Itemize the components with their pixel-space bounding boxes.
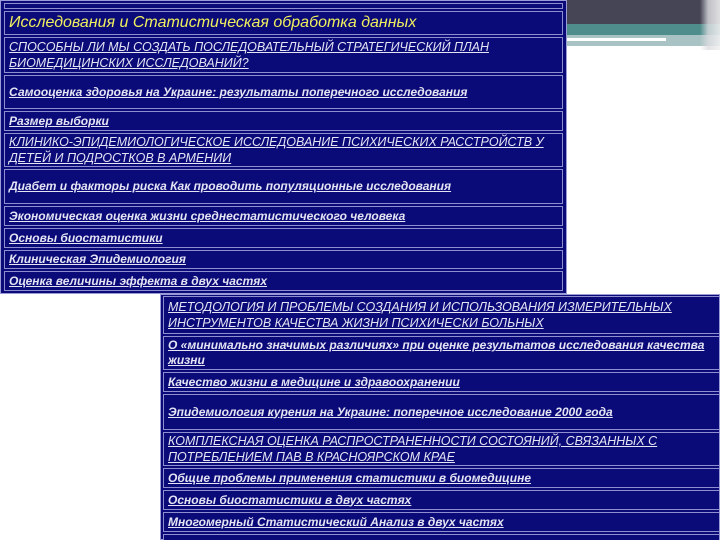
list-item[interactable]: О «минимально значимых различиях» при оц… [163,336,719,370]
table-bottom-row [163,534,719,540]
link-health-self-assessment[interactable]: Самооценка здоровья на Украине: результа… [9,85,467,100]
list-item[interactable]: Клиническая Эпидемиология [4,250,563,269]
link-multivariate-analysis[interactable]: Многомерный Статистический Анализ в двух… [168,515,504,530]
slide-edge-fade [700,0,720,50]
list-item[interactable]: КОМПЛЕКСНАЯ ОЦЕНКА РАСПРОСТРАНЕННОСТИ СО… [163,432,719,466]
link-methodology-qol[interactable]: МЕТОДОЛОГИЯ И ПРОБЛЕМЫ СОЗДАНИЯ И ИСПОЛЬ… [168,299,719,331]
quality-of-life-links-table: МЕТОДОЛОГИЯ И ПРОБЛЕМЫ СОЗДАНИЯ И ИСПОЛЬ… [160,294,720,540]
list-item[interactable]: Оценка величины эффекта в двух частях [4,271,563,291]
link-smoking-epidemiology[interactable]: Эпидемиология курения на Украине: попере… [168,405,613,420]
table-header-row: Исследования и Статистическая обработка … [4,11,563,35]
list-item[interactable]: Диабет и факторы риска Как проводить поп… [4,169,563,204]
link-biostatistics-two-parts[interactable]: Основы биостатистики в двух частях [168,493,411,508]
link-armenia-study[interactable]: КЛИНИКО-ЭПИДЕМИОЛОГИЧЕСКОЕ ИССЛЕДОВАНИЕ … [9,134,562,166]
link-effect-size[interactable]: Оценка величины эффекта в двух частях [9,274,267,289]
table-header: Исследования и Статистическая обработка … [9,14,416,32]
link-strategic-plan[interactable]: СПОСОБНЫ ЛИ МЫ СОЗДАТЬ ПОСЛЕДОВАТЕЛЬНЫЙ … [9,39,562,71]
link-minimal-differences[interactable]: О «минимально значимых различиях» при оц… [168,338,719,368]
list-item[interactable]: Экономическая оценка жизни среднестатист… [4,206,563,226]
link-statistics-problems[interactable]: Общие проблемы применения статистики в б… [168,471,531,486]
list-item[interactable]: Размер выборки [4,111,563,131]
link-qol-medicine[interactable]: Качество жизни в медицине и здравоохране… [168,375,460,390]
list-item[interactable]: Основы биостатистики в двух частях [163,490,719,510]
slide-accent-line [566,38,666,41]
link-biostatistics-basics[interactable]: Основы биостатистики [9,231,163,246]
link-clinical-epidemiology[interactable]: Клиническая Эпидемиология [9,252,186,267]
list-item[interactable]: СПОСОБНЫ ЛИ МЫ СОЗДАТЬ ПОСЛЕДОВАТЕЛЬНЫЙ … [4,37,563,73]
list-item[interactable]: Самооценка здоровья на Украине: результа… [4,75,563,109]
list-item[interactable]: Эпидемиология курения на Украине: попере… [163,394,719,430]
table-top-row [4,3,563,9]
research-links-table: Исследования и Статистическая обработка … [0,0,567,294]
list-item[interactable]: МЕТОДОЛОГИЯ И ПРОБЛЕМЫ СОЗДАНИЯ И ИСПОЛЬ… [163,296,719,334]
list-item[interactable]: Основы биостатистики [4,228,563,248]
list-item[interactable]: Общие проблемы применения статистики в б… [163,468,719,488]
link-sample-size[interactable]: Размер выборки [9,114,109,129]
link-krasnoyarsk-assessment[interactable]: КОМПЛЕКСНАЯ ОЦЕНКА РАСПРОСТРАНЕННОСТИ СО… [168,433,719,465]
link-diabetes[interactable]: Диабет и факторы риска Как проводить поп… [9,179,451,194]
list-item[interactable]: Многомерный Статистический Анализ в двух… [163,512,719,532]
link-economic-value[interactable]: Экономическая оценка жизни среднестатист… [9,209,405,224]
list-item[interactable]: Качество жизни в медицине и здравоохране… [163,372,719,392]
list-item[interactable]: КЛИНИКО-ЭПИДЕМИОЛОГИЧЕСКОЕ ИССЛЕДОВАНИЕ … [4,133,563,167]
slide-accent-teal [560,24,720,35]
